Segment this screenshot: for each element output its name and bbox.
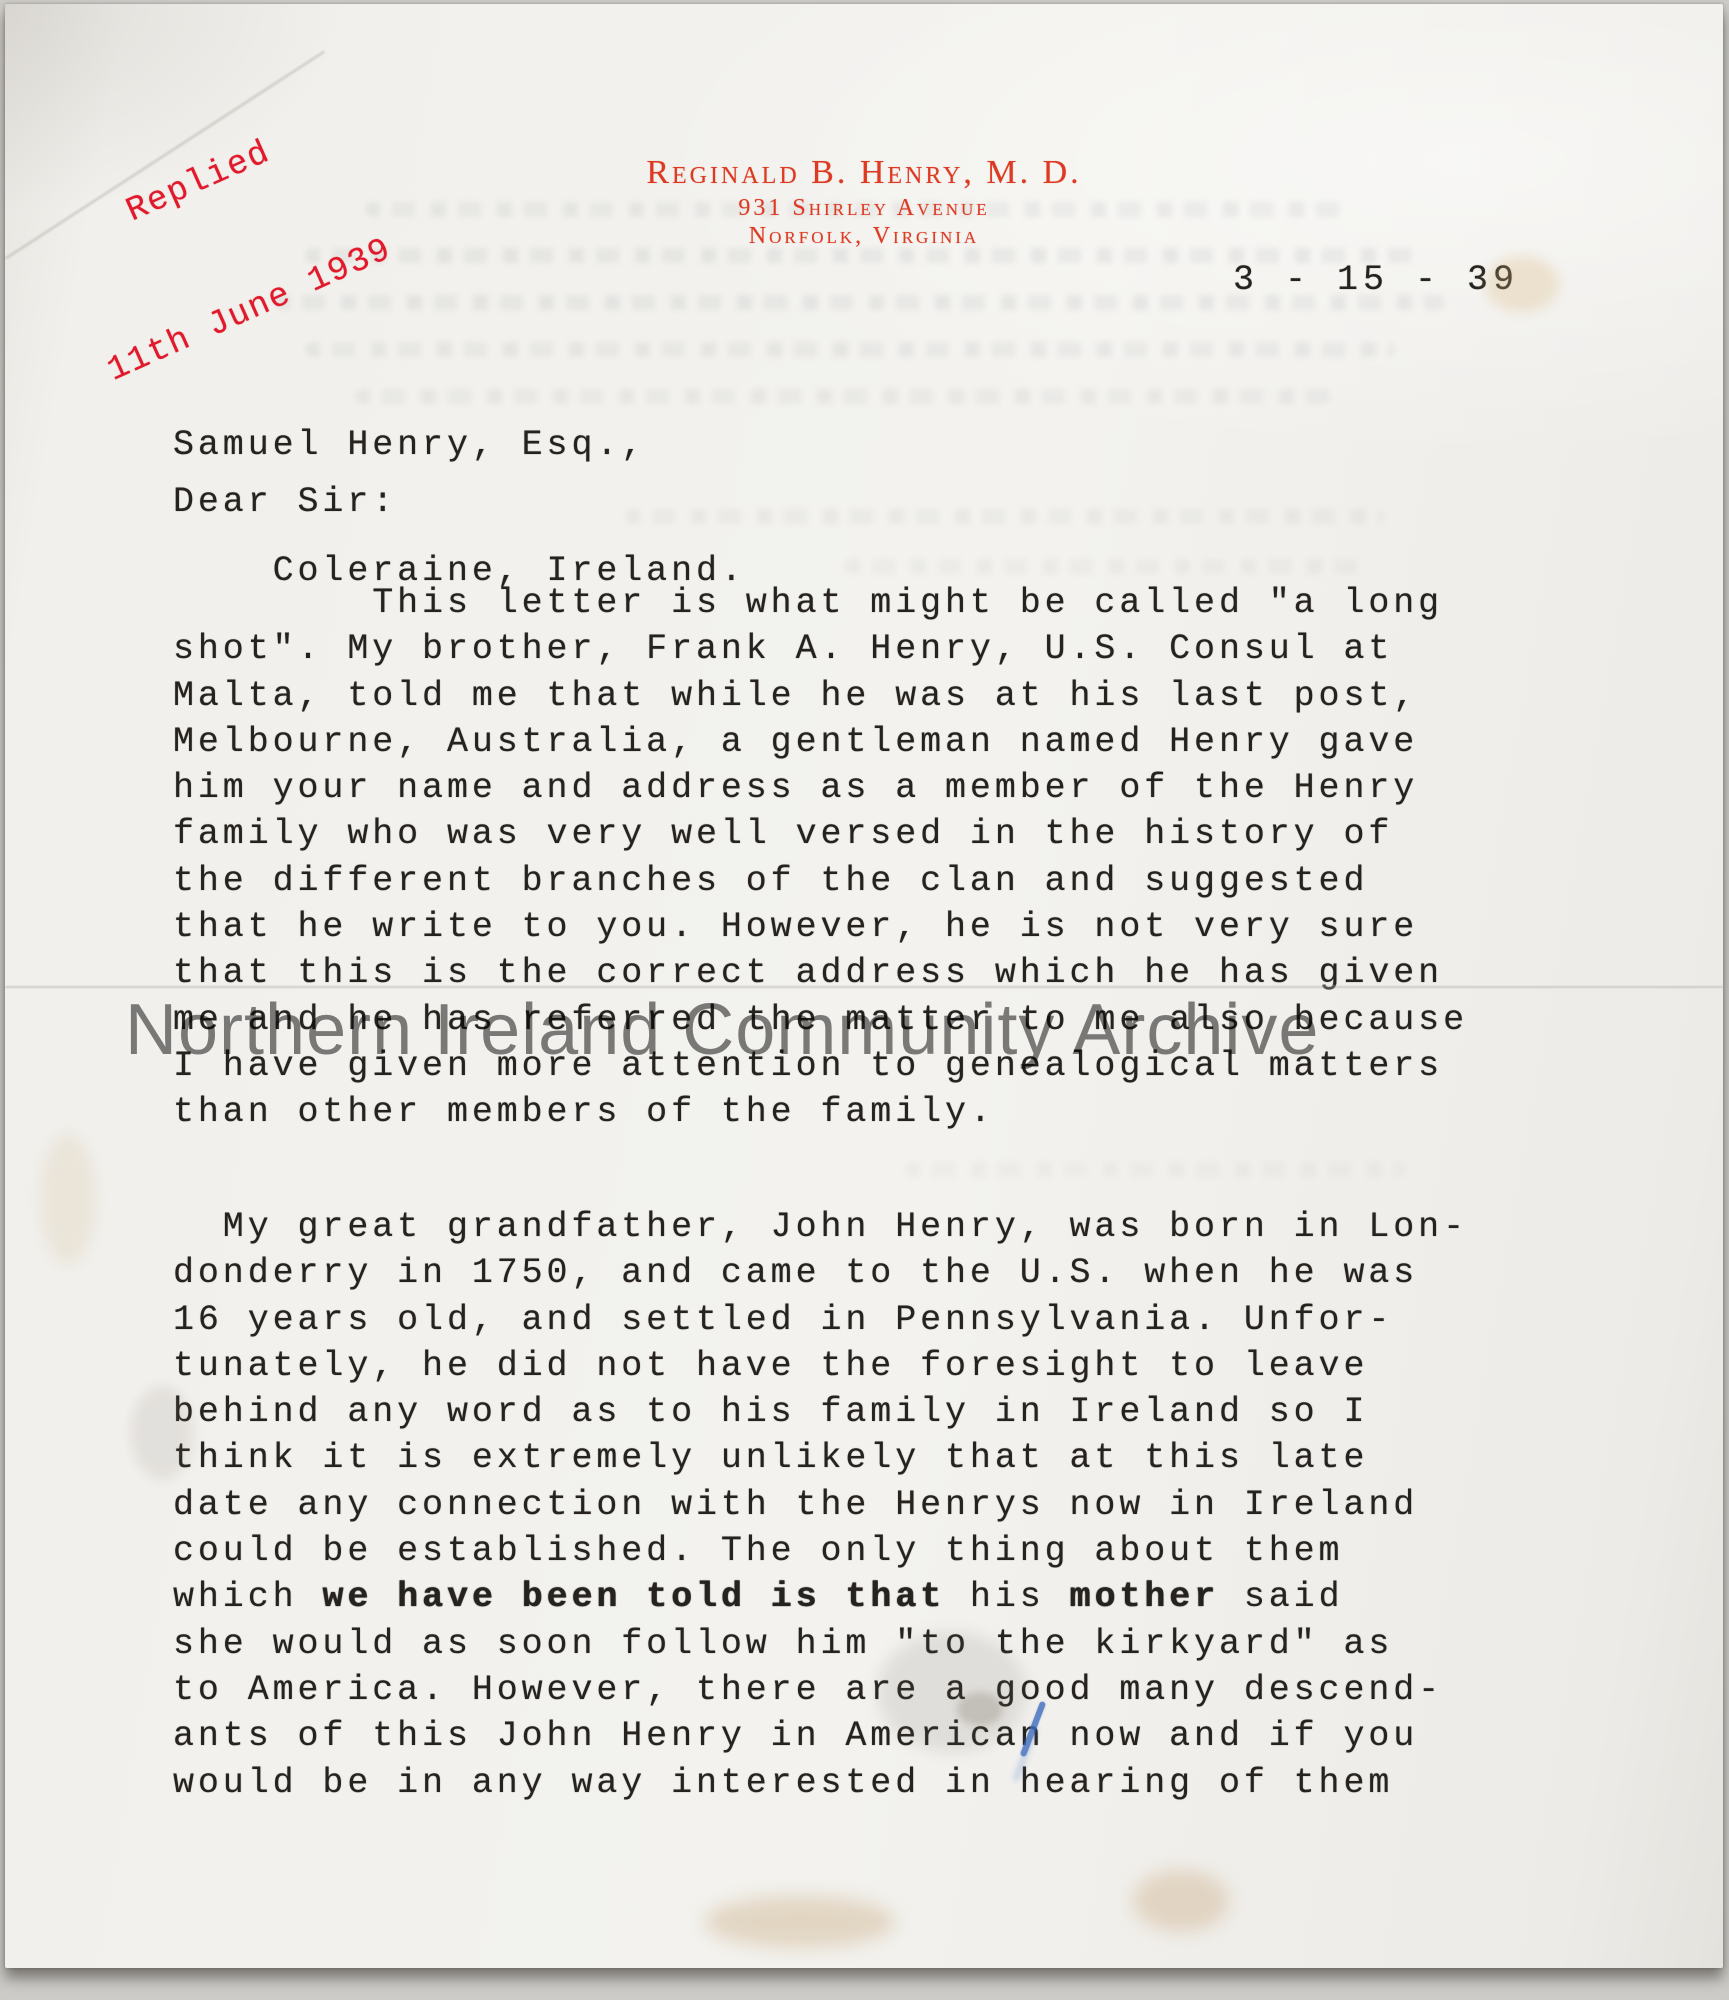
letter-line: she would as soon follow him "to the kir… — [173, 1621, 1468, 1667]
letter-line: My great grandfather, John Henry, was bo… — [173, 1204, 1468, 1250]
typed-text: My great grandfather, John Henry, was bo… — [173, 1207, 1468, 1247]
letter-line: donderry in 1750, and came to the U.S. w… — [173, 1250, 1468, 1296]
letter-line: to America. However, there are a good ma… — [173, 1667, 1468, 1713]
typed-text: him your name and address as a member of… — [173, 768, 1418, 808]
blue-pen-slash-mark: n — [1020, 1713, 1045, 1759]
letter-line: ants of this John Henry in American now … — [173, 1713, 1468, 1759]
letter-line: than other members of the family. — [173, 1089, 1468, 1135]
bold-typed-text: we have been told is that — [322, 1577, 945, 1617]
typed-text: behind any word as to his family in Irel… — [173, 1392, 1368, 1432]
typed-text: she would as soon follow him "to the kir… — [173, 1624, 1393, 1664]
typed-text: Malta, told me that while he was at his … — [173, 676, 1418, 716]
letter-line: which we have been told is that his moth… — [173, 1574, 1468, 1620]
letter-line: could be established. The only thing abo… — [173, 1528, 1468, 1574]
letter-line: would be in any way interested in hearin… — [173, 1760, 1468, 1806]
typed-text: said — [1219, 1577, 1344, 1617]
salutation: Dear Sir: — [173, 482, 397, 522]
typed-text: family who was very well versed in the h… — [173, 814, 1393, 854]
typed-text: 16 years old, and settled in Pennsylvani… — [173, 1300, 1393, 1340]
letter-line: 16 years old, and settled in Pennsylvani… — [173, 1297, 1468, 1343]
letterhead-street: 931 Shirley Avenue — [5, 194, 1723, 222]
typed-text: shot". My brother, Frank A. Henry, U.S. … — [173, 629, 1393, 669]
letter-line: Malta, told me that while he was at his … — [173, 673, 1468, 719]
paper-stain — [1485, 256, 1559, 312]
bold-typed-text: mother — [1070, 1577, 1219, 1617]
letter-line: Melbourne, Australia, a gentleman named … — [173, 719, 1468, 765]
paper-stain — [705, 1896, 895, 1948]
letter-line: him your name and address as a member of… — [173, 765, 1468, 811]
typed-text: think it is extremely unlikely that at t… — [173, 1438, 1368, 1478]
letter-line: family who was very well versed in the h… — [173, 811, 1468, 857]
typed-text: which — [173, 1577, 322, 1617]
letter-line: that he write to you. However, he is not… — [173, 904, 1468, 950]
typed-text: to America. However, there are a good ma… — [173, 1670, 1443, 1710]
letter-date: 3 - 15 - 39 — [1233, 260, 1519, 300]
letter-line: think it is extremely unlikely that at t… — [173, 1435, 1468, 1481]
archive-watermark: Northern Ireland Community Archive — [125, 989, 1319, 1071]
letter-line: tunately, he did not have the foresight … — [173, 1343, 1468, 1389]
typed-text: the different branches of the clan and s… — [173, 861, 1368, 901]
paper-smudge — [131, 1386, 193, 1480]
typed-text: than other members of the family. — [173, 1092, 995, 1132]
letterhead-name: Reginald B. Henry, M. D. — [5, 154, 1723, 192]
paper-stain — [1133, 1870, 1229, 1932]
typed-text: would be in any way interested in hearin… — [173, 1763, 1393, 1803]
letter-line: This letter is what might be called "a l… — [173, 580, 1468, 626]
typed-text: his — [945, 1577, 1070, 1617]
bleed-through-typing — [845, 559, 1365, 574]
typed-text: could be established. The only thing abo… — [173, 1531, 1343, 1571]
typed-text: that he write to you. However, he is not… — [173, 907, 1418, 947]
letter-line: the different branches of the clan and s… — [173, 858, 1468, 904]
typed-text: donderry in 1750, and came to the U.S. w… — [173, 1253, 1418, 1293]
typed-text: tunately, he did not have the foresight … — [173, 1346, 1368, 1386]
letter-line: date any connection with the Henrys now … — [173, 1482, 1468, 1528]
scanned-letter-paper: Replied 11th June 1939 Reginald B. Henry… — [5, 4, 1723, 1968]
typed-text: now and if you — [1045, 1716, 1419, 1756]
letter-line: shot". My brother, Frank A. Henry, U.S. … — [173, 626, 1468, 672]
paper-smudge — [877, 1632, 1027, 1752]
bleed-through-typing — [905, 1162, 1405, 1177]
letterhead-city: Norfolk, Virginia — [5, 222, 1723, 250]
letterhead: Reginald B. Henry, M. D. 931 Shirley Ave… — [5, 154, 1723, 250]
paper-smudge — [957, 1692, 1003, 1726]
fold-crease-horizontal — [5, 985, 1723, 989]
typed-text: Melbourne, Australia, a gentleman named … — [173, 722, 1418, 762]
letter-line: behind any word as to his family in Irel… — [173, 1389, 1468, 1435]
paper-stain — [41, 1134, 95, 1264]
paragraph-2: My great grandfather, John Henry, was bo… — [173, 1204, 1468, 1806]
recipient-name: Samuel Henry, Esq., — [173, 422, 746, 468]
typed-text: date any connection with the Henrys now … — [173, 1485, 1418, 1525]
typed-text: This letter is what might be called "a l… — [173, 583, 1443, 623]
